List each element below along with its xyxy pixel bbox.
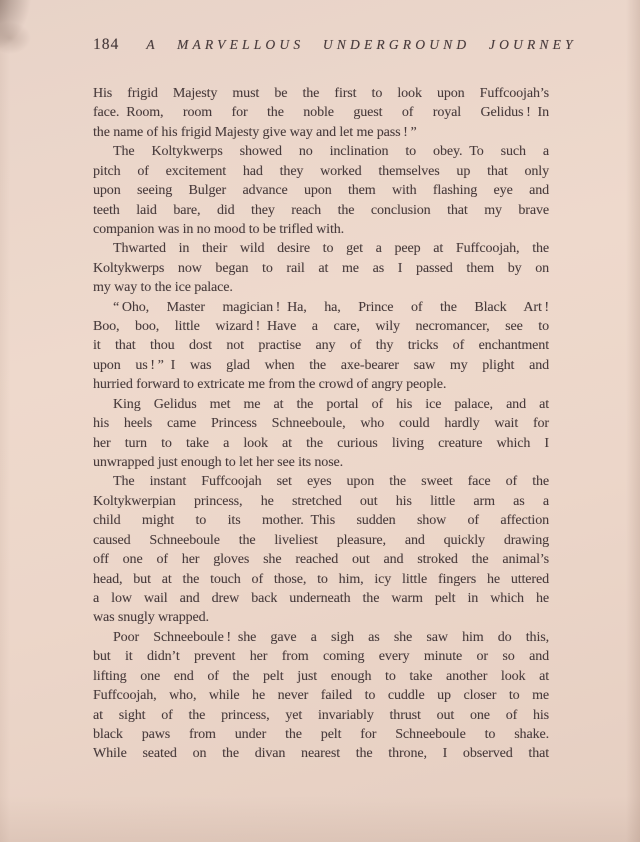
text-line: a low wail and drew back underneath the … <box>93 589 549 608</box>
text-line: black paws from under the pelt for Schne… <box>93 725 549 744</box>
paragraph: “ Oho, Master magician ! Ha, ha, Prince … <box>93 298 549 395</box>
text-line: lifting one end of the pelt just enough … <box>93 667 549 686</box>
text-line: at sight of the princess, yet invariably… <box>93 706 549 725</box>
text-line: it that thou dost not practise any of th… <box>93 336 549 355</box>
text-line: but it didn’t prevent her from coming ev… <box>93 647 549 666</box>
paragraph: The Koltykwerps showed no inclination to… <box>93 142 549 239</box>
paragraph: Thwarted in their wild desire to get a p… <box>93 239 549 297</box>
text-line: companion was in no mood to be trifled w… <box>93 220 549 239</box>
text-line: was snugly wrapped. <box>93 608 549 627</box>
text-line: my way to the ice palace. <box>93 278 549 297</box>
text-line: child might to its mother. This sudden s… <box>93 511 549 530</box>
text-line: unwrapped just enough to let her see its… <box>93 453 549 472</box>
text-line: Koltykwerpian princess, he stretched out… <box>93 492 549 511</box>
text-line: head, but at the touch of those, to him,… <box>93 570 549 589</box>
text-line: upon seeing Bulger advance upon them wit… <box>93 181 549 200</box>
text-line: teeth laid bare, did they reach the conc… <box>93 201 549 220</box>
running-title: A MARVELLOUS UNDERGROUND JOURNEY <box>146 37 577 53</box>
page-header: 184 A MARVELLOUS UNDERGROUND JOURNEY <box>93 36 553 54</box>
paragraph: His frigid Majesty must be the first to … <box>93 84 549 142</box>
text-line: face. Room, room for the noble guest of … <box>93 103 549 122</box>
text-line: caused Schneeboule the liveliest pleasur… <box>93 531 549 550</box>
text-line: The Koltykwerps showed no inclination to… <box>93 142 549 161</box>
text-line: Fuffcoojah, who, while he never failed t… <box>93 686 549 705</box>
text-line: Thwarted in their wild desire to get a p… <box>93 239 549 258</box>
text-line: While seated on the divan nearest the th… <box>93 744 549 763</box>
paragraph: King Gelidus met me at the portal of his… <box>93 395 549 473</box>
text-line: Poor Schneeboule ! she gave a sigh as sh… <box>93 628 549 647</box>
text-line: His frigid Majesty must be the first to … <box>93 84 549 103</box>
text-line: upon us ! ” I was glad when the axe-bear… <box>93 356 549 375</box>
text-line: “ Oho, Master magician ! Ha, ha, Prince … <box>93 298 549 317</box>
paragraph: Poor Schneeboule ! she gave a sigh as sh… <box>93 628 549 764</box>
text-line: pitch of excitement had they worked them… <box>93 162 549 181</box>
paragraph: The instant Fuffcoojah set eyes upon the… <box>93 472 549 627</box>
text-line: the name of his frigid Majesty give way … <box>93 123 549 142</box>
book-page: 184 A MARVELLOUS UNDERGROUND JOURNEY His… <box>0 0 640 842</box>
page-body: His frigid Majesty must be the first to … <box>93 84 549 764</box>
text-line: King Gelidus met me at the portal of his… <box>93 395 549 414</box>
text-line: Koltykwerps now began to rail at me as I… <box>93 259 549 278</box>
text-line: off one of her gloves she reached out an… <box>93 550 549 569</box>
text-line: his heels came Princess Schneeboule, who… <box>93 414 549 433</box>
text-line: The instant Fuffcoojah set eyes upon the… <box>93 472 549 491</box>
text-line: hurried forward to extricate me from the… <box>93 375 549 394</box>
text-line: her turn to take a look at the curious l… <box>93 434 549 453</box>
text-line: Boo, boo, little wizard ! Have a care, w… <box>93 317 549 336</box>
page-number: 184 <box>93 36 119 54</box>
